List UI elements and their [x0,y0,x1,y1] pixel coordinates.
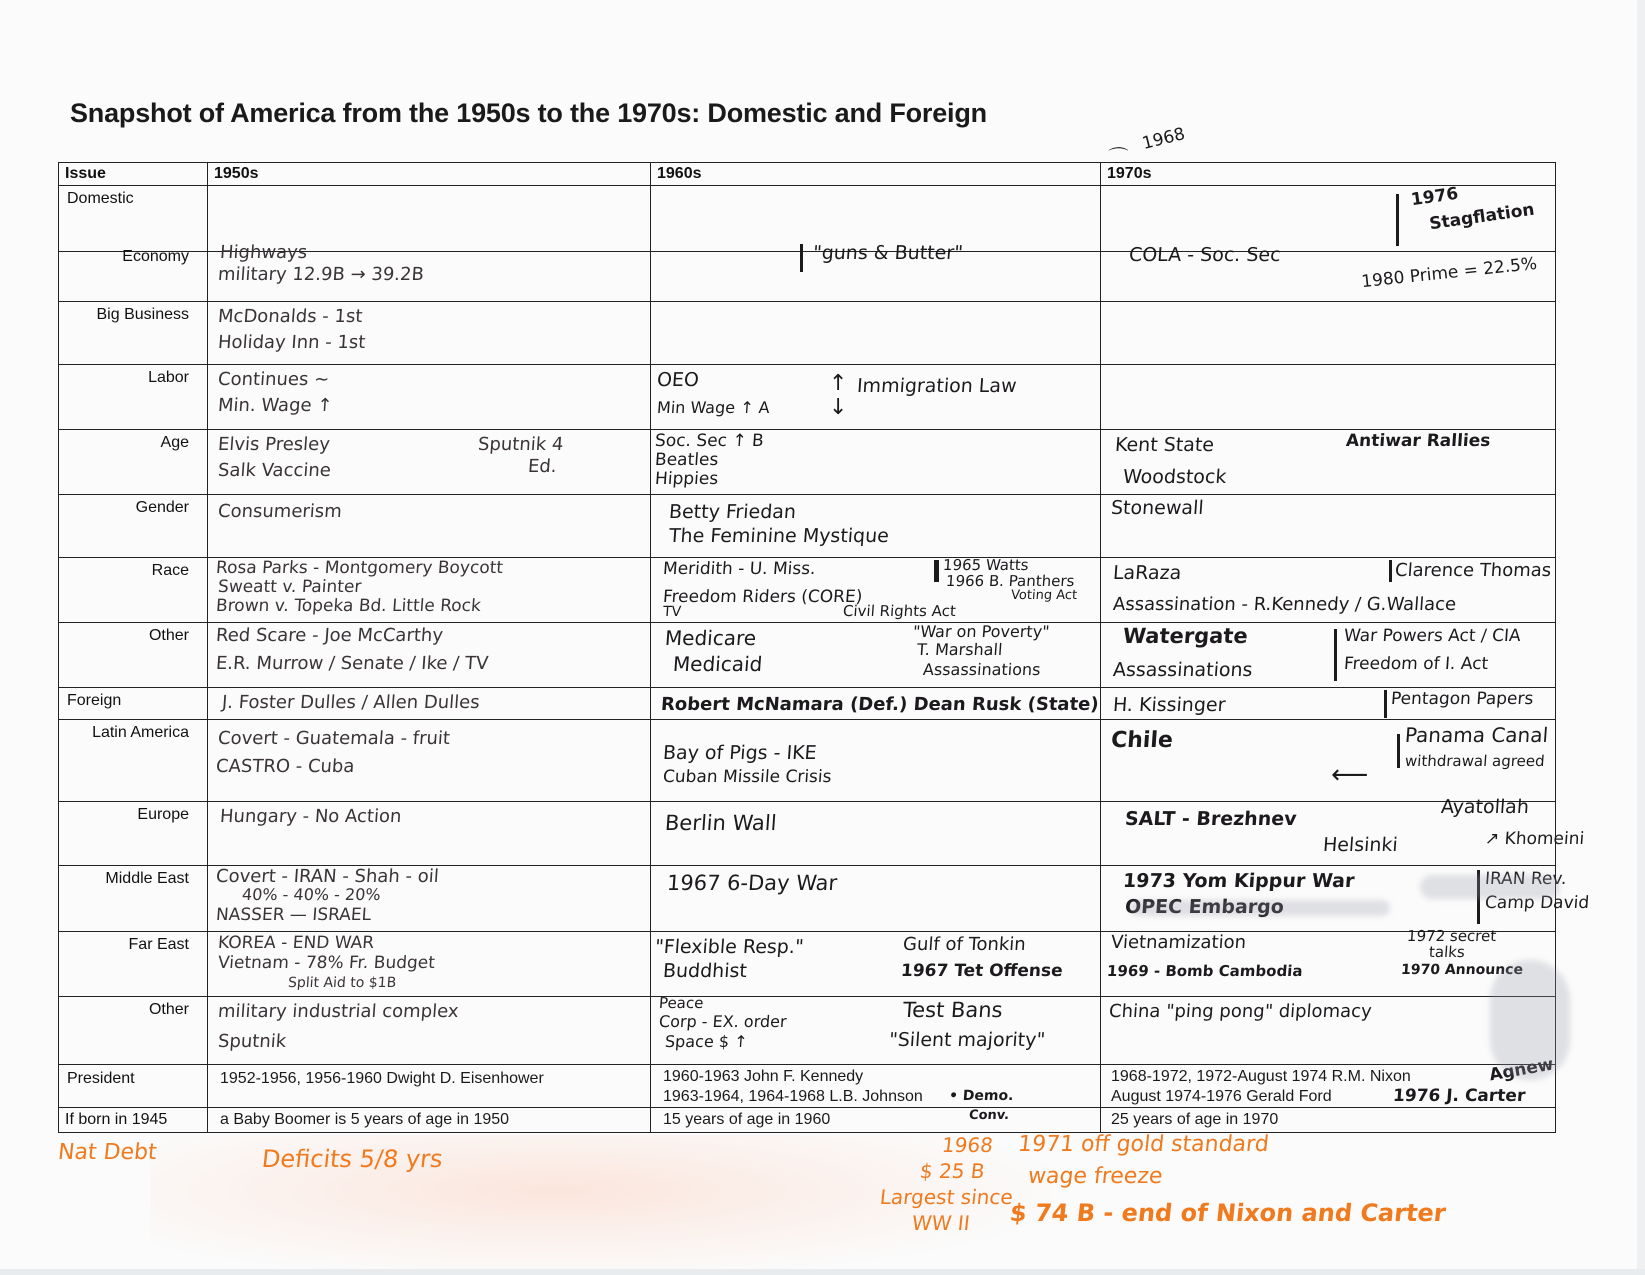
handwritten-note: Brown v. Topeka Bd. Little Rock [215,596,481,616]
header-issue: Issue [59,163,208,186]
row-labor: Labor Continues ~ Min. Wage ↑ OEO Min Wa… [59,365,1556,430]
handwritten-note: • Demo. [948,1085,1014,1107]
handwritten-note: Min. Wage ↑ [217,395,333,417]
handwritten-note: 1969 - Bomb Cambodia [1106,960,1303,982]
label-domestic: Domestic [67,190,134,208]
handwritten-note: Berlin Wall [664,812,777,834]
handwritten-note: Continues ~ [217,369,330,391]
smudge [1130,900,1390,916]
handwritten-note: withdrawal agreed [1404,750,1545,772]
typed-text: 25 years of age in 1970 [1111,1111,1278,1129]
handwritten-note: Assassination - R.Kennedy / G.Wallace [1112,594,1457,616]
snapshot-table: Issue 1950s 1960s 1970s Domestic Economy… [58,162,1556,1133]
table-cell: Labor [59,365,208,430]
handwritten-note: Split Aid to $1B [287,972,397,994]
handwritten-note: Assassinations [922,661,1041,679]
cell-foreign-1950s: J. Foster Dulles / Allen Dulles [208,688,651,720]
row-middle-east: Middle East Covert - IRAN - Shah - oil 4… [59,866,1556,932]
handwritten-note: Kent State [1114,434,1215,456]
cell-europe-1950s: Hungary - No Action [208,802,651,866]
handwritten-note: Sputnik 4 [477,434,564,456]
label-foreign-other: Other [149,1001,189,1019]
cell-foreign-1970s: H. Kissinger Pentagon Papers [1101,688,1556,720]
cell-labor-1950s: Continues ~ Min. Wage ↑ [208,365,651,430]
handwritten-note: Space $ ↑ [664,1033,748,1051]
divider-mark [1384,690,1387,718]
handwritten-note: Assassinations [1112,659,1253,681]
handwritten-note: H. Kissinger [1112,694,1226,716]
table-cell: Middle East [59,866,208,932]
row-domestic-other: Other Red Scare - Joe McCarthy E.R. Murr… [59,623,1556,688]
handwritten-note: China "ping pong" diplomacy [1108,1001,1372,1023]
cell-president-1950s: 1952-1956, 1956-1960 Dwight D. Eisenhowe… [208,1065,651,1108]
divider-mark [934,560,939,582]
handwritten-note: Holiday Inn - 1st [217,332,366,354]
table-cell: Gender [59,495,208,558]
label-gender: Gender [136,499,189,517]
handwritten-note: Civil Rights Act [842,603,956,619]
header-row: Issue 1950s 1960s 1970s [59,163,1556,186]
table-cell: Far East [59,932,208,997]
handwritten-note: Stonewall [1110,497,1204,519]
cell-foreign-other-1950s: military industrial complex Sputnik [208,997,651,1065]
label-middle-east: Middle East [105,870,189,888]
cell-far-east-1950s: KOREA - END WAR Vietnam - 78% Fr. Budget… [208,932,651,997]
typed-text: August 1974-1976 Gerald Ford [1111,1088,1332,1106]
cell-labor-1960s: OEO Min Wage ↑ A ↑ ↓ Immigration Law [651,365,1101,430]
handwritten-note: Pentagon Papers [1390,688,1534,710]
handwritten-note: Buddhist [662,960,747,982]
cell-gender-1950s: Consumerism [208,495,651,558]
handwritten-note: Hippies [654,470,718,489]
row-latin-america: Latin America Covert - Guatemala - fruit… [59,720,1556,802]
page-edge [1637,0,1645,1275]
annotation-1968: 1968 [1140,123,1187,155]
handwritten-note: LaRaza [1112,562,1182,584]
handwritten-note: Panama Canal [1404,724,1549,746]
handwritten-note: Consumerism [217,501,342,523]
row-president: President 1952-1956, 1956-1960 Dwight D.… [59,1065,1556,1108]
cell-race-1960s: Meridith - U. Miss. Freedom Riders (CORE… [651,558,1101,623]
handwritten-note: "Flexible Resp." [654,936,804,958]
handwritten-note: Cuban Missile Crisis [662,766,832,788]
handwritten-note: The Feminine Mystique [668,525,889,547]
label-big-business: Big Business [97,306,190,324]
cell-gender-1970s: Stonewall [1101,495,1556,558]
row-gender: Gender Consumerism Betty Friedan The Fem… [59,495,1556,558]
note-25b: $ 25 B [919,1158,986,1184]
table-cell: Latin America [59,720,208,802]
handwritten-note: 1967 6-Day War [666,872,838,894]
cell-race-1950s: Rosa Parks - Montgomery Boycott Sweatt v… [208,558,651,623]
handwritten-note: Highways [219,242,308,264]
handwritten-note: E.R. Murrow / Senate / Ike / TV [215,653,489,675]
note-deficits: Deficits 5/8 yrs [261,1146,444,1172]
handwritten-note: SALT - Brezhnev [1124,808,1297,830]
cell-domestic-other-1970s: Watergate Assassinations War Powers Act … [1101,623,1556,688]
cell-economy-1960s: "guns & Butter" [651,252,1101,302]
handwritten-note: KOREA - END WAR [217,932,375,954]
handwritten-note: Clarence Thomas [1394,560,1552,582]
cell-economy-1970s: COLA - Soc. Sec 1976 Stagflation 1980 Pr… [1101,252,1556,302]
divider-mark [1389,560,1392,582]
handwritten-note: Betty Friedan [668,501,797,523]
handwritten-note: NASSER — ISRAEL [215,904,372,926]
row-economy: Economy Highways military 12.9B → 39.2B … [59,252,1556,302]
table-cell: Other [59,623,208,688]
header-1970s: 1970s [1101,163,1556,186]
divider-mark [1396,194,1399,246]
handwritten-note: Immigration Law [856,375,1017,397]
handwritten-note: Meridith - U. Miss. [662,558,816,580]
handwritten-note: Min Wage ↑ A [656,397,770,419]
label-race: Race [152,562,189,580]
row-foreign-other: Other military industrial complex Sputni… [59,997,1556,1065]
table-cell: President [59,1065,208,1108]
label-domestic-other: Other [149,627,189,645]
cell-president-1960s: 1960-1963 John F. Kennedy 1963-1964, 196… [651,1065,1101,1108]
handwritten-note: T. Marshall [916,641,1003,659]
cell-age-1960s: Soc. Sec ↑ B Beatles Hippies [651,430,1101,495]
cell-domestic-other-1960s: Medicare Medicaid "War on Poverty" T. Ma… [651,623,1101,688]
table-cell: Big Business [59,302,208,365]
label-economy: Economy [122,248,189,266]
row-europe: Europe Hungary - No Action Berlin Wall S… [59,802,1556,866]
cell-latin-america-1960s: Bay of Pigs - IKE Cuban Missile Crisis [651,720,1101,802]
handwritten-note: Beatles [654,451,719,470]
row-age: Age Elvis Presley Salk Vaccine Sputnik 4… [59,430,1556,495]
typed-text: a Baby Boomer is 5 years of age in 1950 [220,1111,509,1129]
cell-latin-america-1950s: Covert - Guatemala - fruit CASTRO - Cuba [208,720,651,802]
cell-age-1950s: Elvis Presley Salk Vaccine Sputnik 4 Ed. [208,430,651,495]
cell-economy-1950s: Highways military 12.9B → 39.2B [208,252,651,302]
handwritten-note: Red Scare - Joe McCarthy [215,625,443,647]
cell-age-1970s: Kent State Woodstock Antiwar Rallies [1101,430,1556,495]
note-nat-debt: Nat Debt [57,1140,158,1166]
label-europe: Europe [137,806,189,824]
arrow-left-icon: ⟵ [1331,760,1368,790]
cell-gender-1960s: Betty Friedan The Feminine Mystique [651,495,1101,558]
handwritten-note: Woodstock [1122,466,1227,488]
table-cell: Economy [59,252,208,302]
divider-mark [1334,629,1337,681]
handwritten-note: Elvis Presley [217,434,330,456]
handwritten-note: Ed. [527,456,557,478]
arrow-up-icon: ↑ [829,371,847,396]
handwritten-note: Sputnik [217,1031,287,1053]
label-labor: Labor [148,369,189,387]
handwritten-note: 1973 Yom Kippur War [1122,870,1355,892]
smudge [1490,960,1570,1080]
handwritten-note: J. Foster Dulles / Allen Dulles [221,692,480,714]
handwritten-note: Covert - Guatemala - fruit [217,728,451,750]
table-cell [1101,302,1556,365]
header-1950s: 1950s [208,163,651,186]
handwritten-note: 40% - 40% - 20% [241,884,381,906]
typed-text: 15 years of age in 1960 [663,1111,830,1129]
table-cell [651,302,1101,365]
note-gold-standard: 1971 off gold standard [1017,1132,1270,1158]
label-foreign: Foreign [67,692,121,710]
cell-foreign-1960s: Robert McNamara (Def.) Dean Rusk (State) [651,688,1101,720]
handwritten-note: military industrial complex [217,1001,459,1023]
cell-foreign-other-1970s: China "ping pong" diplomacy [1101,997,1556,1065]
handwritten-note: Hungary - No Action [219,806,402,828]
handwritten-note: Robert McNamara (Def.) Dean Rusk (State) [660,694,1099,716]
divider-mark [800,244,803,272]
cell-latin-america-1970s: Chile ⟵ Panama Canal withdrawal agreed [1101,720,1556,802]
handwritten-note: 1967 Tet Offense [900,960,1063,982]
table-cell: Race [59,558,208,623]
handwritten-note: TV [662,604,681,620]
label-age: Age [161,434,189,452]
cell-far-east-1970s: Vietnamization 1969 - Bomb Cambodia 1972… [1101,932,1556,997]
table-cell [1101,365,1556,430]
handwritten-note: "guns & Butter" [812,242,963,264]
handwritten-note: CASTRO - Cuba [215,756,355,778]
cell-middle-east-1960s: 1967 6-Day War [651,866,1101,932]
handwritten-note: Voting Act [1010,588,1077,604]
handwritten-note: 1976 J. Carter [1392,1085,1526,1107]
table-cell: If born in 1945 [59,1108,208,1133]
cell-europe-1970s: SALT - Brezhnev Helsinki Ayatollah ↗ Kho… [1101,802,1556,866]
handwritten-note: "Silent majority" [888,1029,1046,1051]
handwritten-note: Vietnamization [1110,932,1247,954]
cell-big-business-1950s: McDonalds - 1st Holiday Inn - 1st [208,302,651,365]
table-cell: Age [59,430,208,495]
cell-far-east-1960s: "Flexible Resp." Buddhist Gulf of Tonkin… [651,932,1101,997]
cell-foreign-other-1960s: Peace Corp - EX. order Space $ ↑ Test Ba… [651,997,1101,1065]
handwritten-note: Corp - EX. order [658,1013,787,1031]
handwritten-note: Freedom Riders (CORE) [662,586,863,608]
typed-text: 1960-1963 John F. Kennedy [663,1068,863,1086]
table-cell: Domestic [59,186,208,252]
handwritten-note: Ayatollah [1440,796,1529,818]
handwritten-note: talks [1428,944,1465,961]
handwritten-note: McDonalds - 1st [217,306,363,328]
cell-if-born-1960s: 15 years of age in 1960 [651,1108,1101,1133]
handwritten-note: Bay of Pigs - IKE [662,742,817,764]
typed-text: 1952-1956, 1956-1960 Dwight D. Eisenhowe… [220,1070,544,1088]
note-largest: Largest since [879,1184,1015,1210]
handwritten-note: Vietnam - 78% Fr. Budget [217,952,435,974]
handwritten-note: Freedom of I. Act [1343,653,1489,675]
row-if-born: If born in 1945 a Baby Boomer is 5 years… [59,1108,1556,1133]
handwritten-note: Watergate [1122,625,1248,647]
cell-domestic-other-1950s: Red Scare - Joe McCarthy E.R. Murrow / S… [208,623,651,688]
row-big-business: Big Business McDonalds - 1st Holiday Inn… [59,302,1556,365]
label-if-born: If born in 1945 [65,1111,167,1129]
table-cell: Europe [59,802,208,866]
handwritten-note: ↗ Khomeini [1484,828,1585,850]
handwritten-note: War Powers Act / CIA [1343,625,1521,647]
table-cell: Foreign [59,688,208,720]
handwritten-note: Soc. Sec ↑ B [654,432,764,451]
typed-text: 1968-1972, 1972-August 1974 R.M. Nixon [1111,1068,1411,1086]
row-race: Race Rosa Parks - Montgomery Boycott Swe… [59,558,1556,623]
handwritten-note: Sweatt v. Painter [217,577,362,597]
note-1968: 1968 [941,1132,995,1158]
note-ww2: WW II [911,1210,971,1236]
cell-if-born-1950s: a Baby Boomer is 5 years of age in 1950 [208,1108,651,1133]
row-foreign: Foreign J. Foster Dulles / Allen Dulles … [59,688,1556,720]
handwritten-note: COLA - Soc. Sec [1128,244,1281,266]
handwritten-note: Salk Vaccine [217,460,331,482]
label-far-east: Far East [129,936,189,954]
handwritten-note: Medicaid [672,653,763,675]
note-wage-freeze: wage freeze [1027,1164,1164,1190]
label-president: President [67,1070,135,1088]
cell-race-1970s: LaRaza Assassination - R.Kennedy / G.Wal… [1101,558,1556,623]
handwritten-note: Chile [1110,730,1173,752]
handwritten-note: Rosa Parks - Montgomery Boycott [215,558,503,578]
handwritten-note: OEO [656,369,699,391]
handwritten-note: Test Bans [902,999,1003,1021]
handwritten-note: 1980 Prime = 22.5% [1360,253,1538,293]
page-bottom-edge [0,1269,1645,1275]
typed-text: 1963-1964, 1964-1968 L.B. Johnson [663,1088,923,1106]
smudge [1420,875,1560,899]
note-74b: $ 74 B - end of Nixon and Carter [1009,1200,1447,1226]
handwritten-note: Peace [658,995,704,1012]
label-latin-america: Latin America [92,724,189,742]
cell-president-1970s: 1968-1972, 1972-August 1974 R.M. Nixon A… [1101,1065,1556,1108]
header-1960s: 1960s [651,163,1101,186]
arrow-down-icon: ↓ [829,395,847,420]
cell-middle-east-1950s: Covert - IRAN - Shah - oil 40% - 40% - 2… [208,866,651,932]
table-cell: Other [59,997,208,1065]
row-far-east: Far East KOREA - END WAR Vietnam - 78% F… [59,932,1556,997]
handwritten-note: Medicare [664,627,757,649]
cell-europe-1960s: Berlin Wall [651,802,1101,866]
handwritten-note: Gulf of Tonkin [902,934,1026,956]
cell-if-born-1970s: 25 years of age in 1970 [1101,1108,1556,1133]
handwritten-note: "War on Poverty" [912,623,1050,641]
handwritten-note: Helsinki [1322,834,1398,856]
page-title: Snapshot of America from the 1950s to th… [70,98,987,129]
divider-mark [1397,734,1400,768]
handwritten-note: Antiwar Rallies [1345,430,1491,452]
handwritten-note: military 12.9B → 39.2B [217,264,424,286]
